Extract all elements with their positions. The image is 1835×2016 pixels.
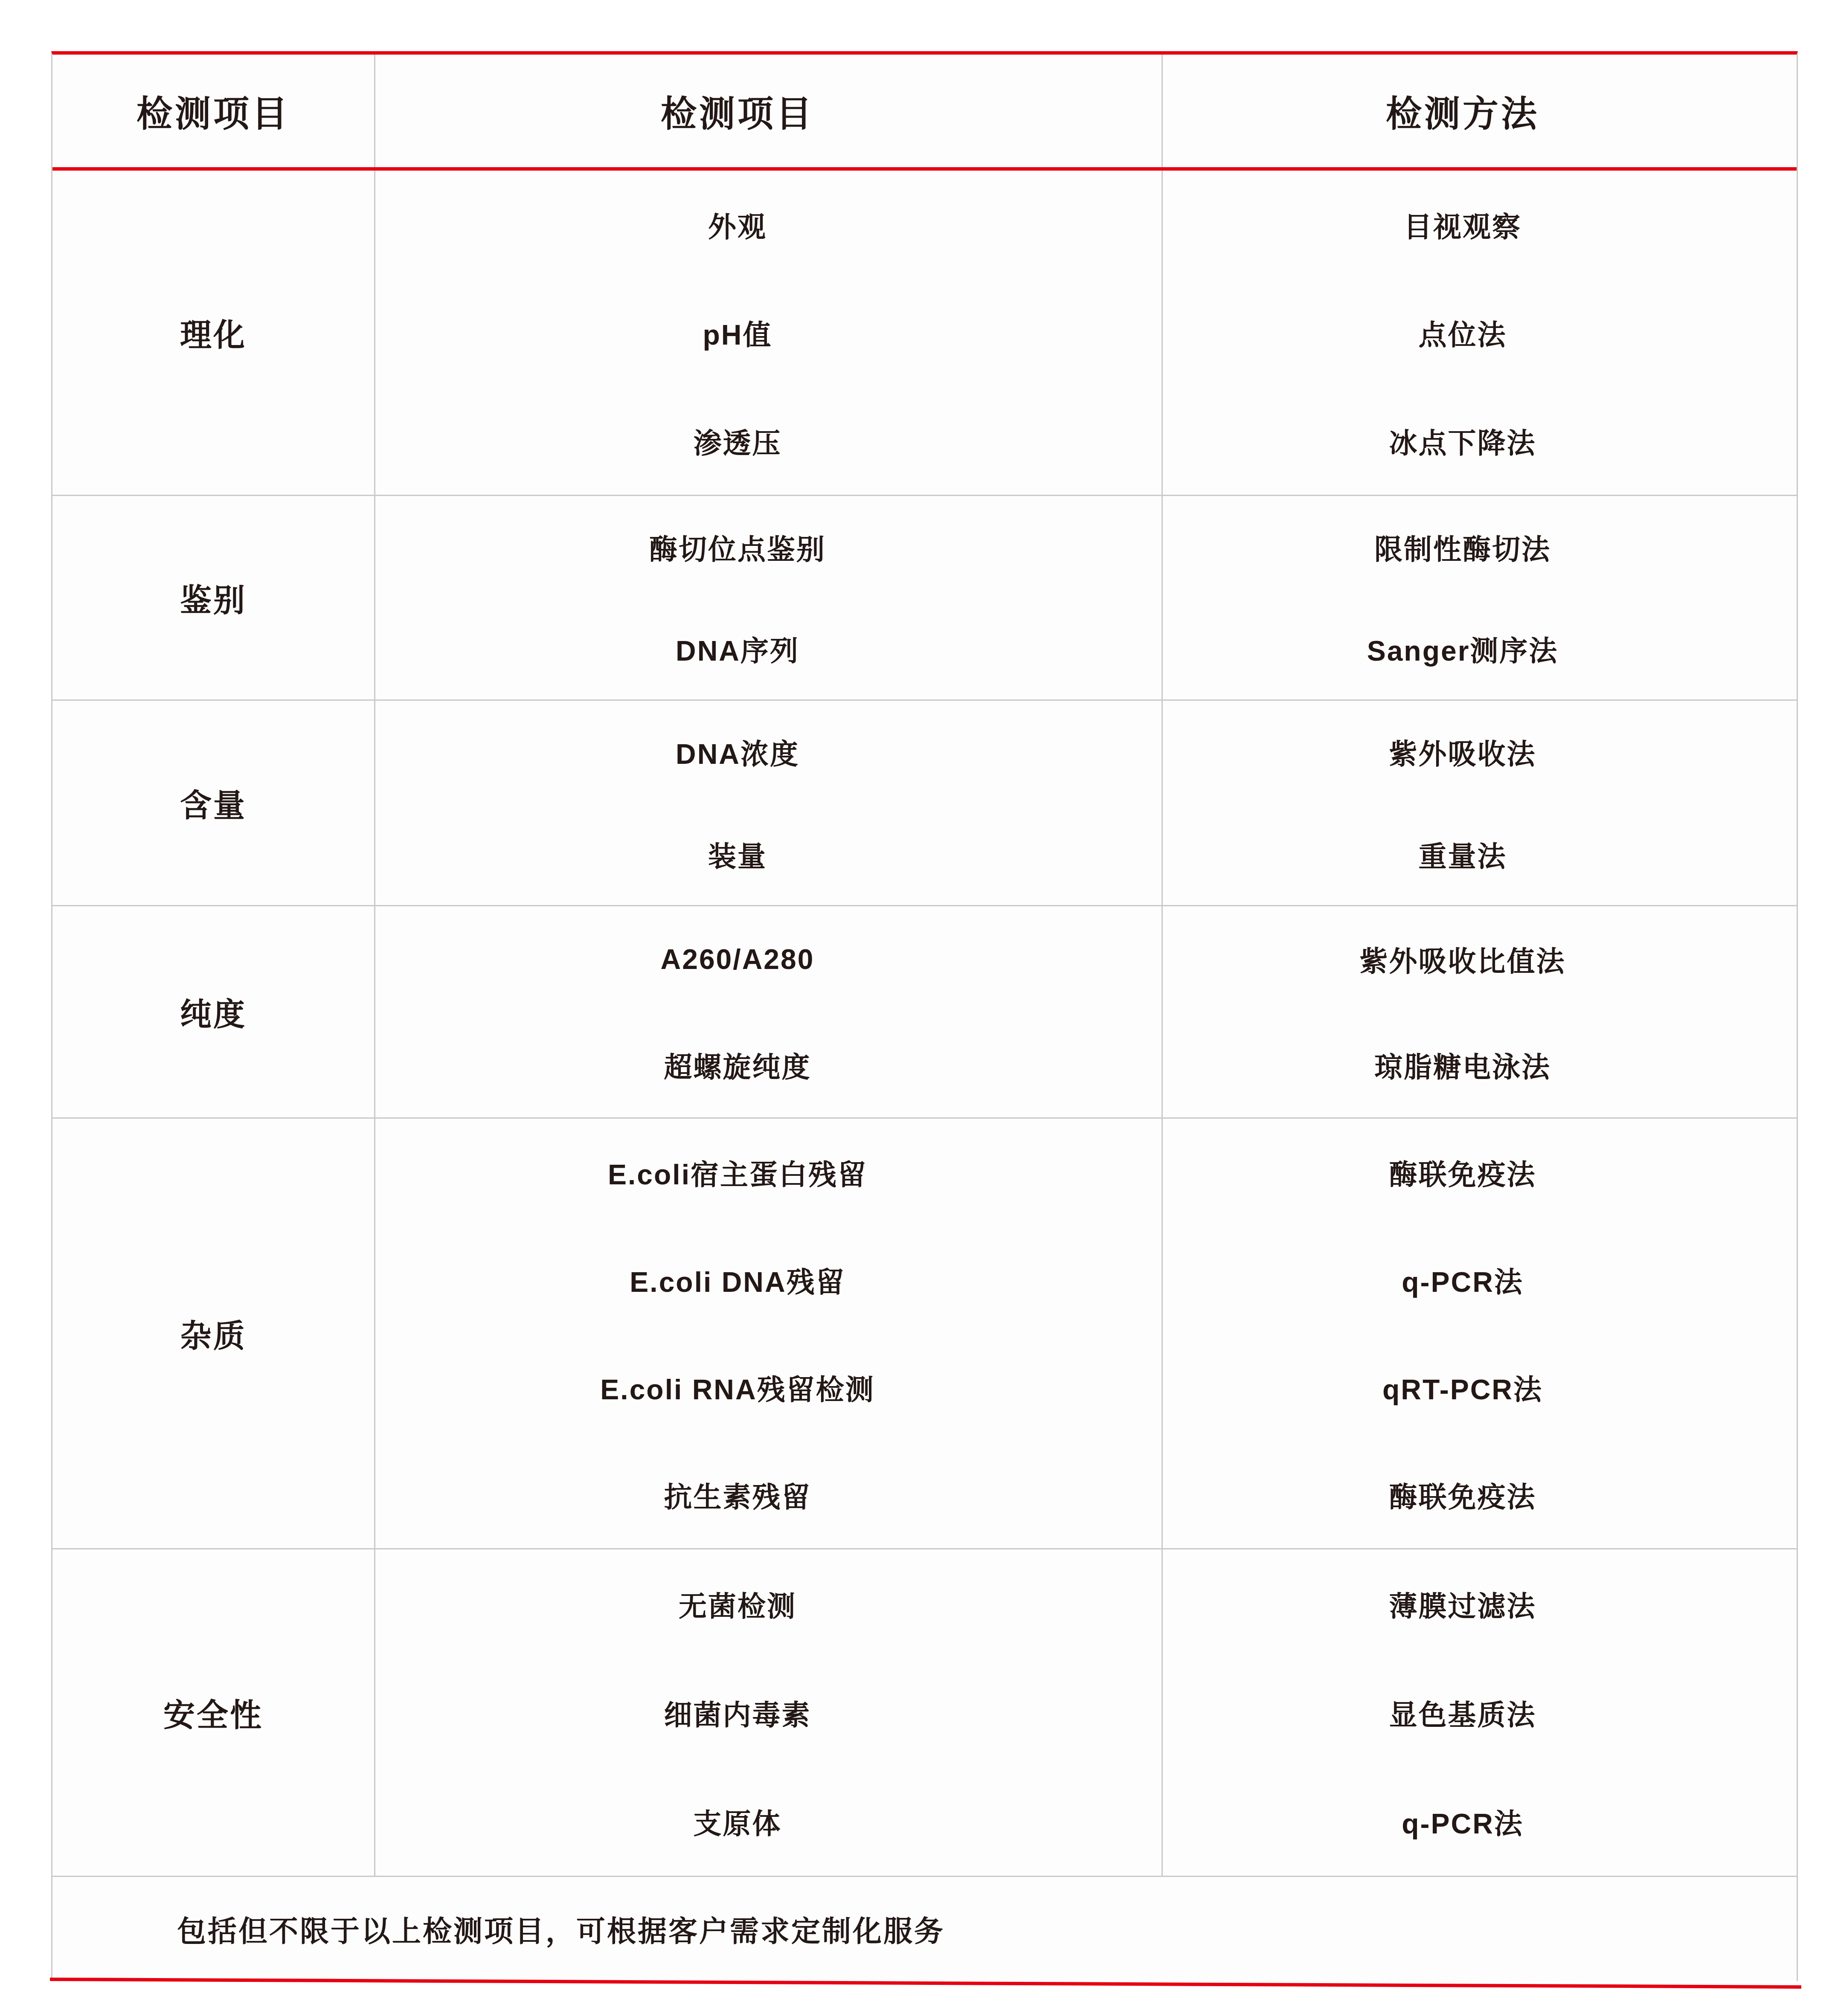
method-column: 目视观察点位法冰点下降法 xyxy=(1161,171,1797,495)
item-cell: E.coli DNA残留 xyxy=(375,1226,1100,1334)
header-cell-item: 检测项目 xyxy=(374,55,1161,167)
method-cell: 点位法 xyxy=(1163,278,1762,386)
item-cell: DNA浓度 xyxy=(375,701,1100,803)
method-cell: 薄膜过滤法 xyxy=(1163,1549,1762,1658)
method-cell: 限制性酶切法 xyxy=(1163,496,1762,598)
method-cell: q-PCR法 xyxy=(1163,1226,1762,1334)
method-cell: 显色基质法 xyxy=(1163,1658,1762,1767)
item-column: 酶切位点鉴别DNA序列 xyxy=(374,496,1161,699)
section-6: 安全性无菌检测细菌内毒素支原体薄膜过滤法显色基质法q-PCR法 xyxy=(52,1548,1797,1876)
category-cell: 理化 xyxy=(52,171,374,495)
item-cell: E.coli RNA残留检测 xyxy=(375,1334,1100,1441)
table-footer-row: 包括但不限于以上检测项目，可根据客户需求定制化服务 xyxy=(52,1876,1797,1981)
item-column: DNA浓度装量 xyxy=(374,701,1161,905)
method-column: 薄膜过滤法显色基质法q-PCR法 xyxy=(1161,1549,1797,1876)
item-cell: 支原体 xyxy=(375,1767,1100,1876)
method-cell: 酶联免疫法 xyxy=(1163,1441,1762,1548)
footer-note: 包括但不限于以上检测项目，可根据客户需求定制化服务 xyxy=(177,1909,945,1950)
test-table: 检测项目 检测项目 检测方法 理化外观pH值渗透压目视观察点位法冰点下降法鉴别酶… xyxy=(51,51,1798,1981)
category-cell: 纯度 xyxy=(52,906,374,1117)
category-cell: 鉴别 xyxy=(52,496,374,699)
item-cell: DNA序列 xyxy=(375,598,1100,700)
method-column: 酶联免疫法q-PCR法qRT-PCR法酶联免疫法 xyxy=(1161,1119,1797,1548)
quality-test-spec-page: 检测项目 检测项目 检测方法 理化外观pH值渗透压目视观察点位法冰点下降法鉴别酶… xyxy=(0,0,1835,2016)
item-cell: 抗生素残留 xyxy=(375,1441,1100,1548)
item-column: 无菌检测细菌内毒素支原体 xyxy=(374,1549,1161,1876)
item-cell: 装量 xyxy=(375,803,1100,905)
method-cell: 紫外吸收法 xyxy=(1163,701,1762,803)
table-body: 理化外观pH值渗透压目视观察点位法冰点下降法鉴别酶切位点鉴别DNA序列限制性酶切… xyxy=(52,171,1797,1876)
item-cell: 细菌内毒素 xyxy=(375,1658,1100,1767)
method-column: 紫外吸收比值法琼脂糖电泳法 xyxy=(1161,906,1797,1117)
method-cell: 目视观察 xyxy=(1163,171,1762,278)
method-cell: qRT-PCR法 xyxy=(1163,1334,1762,1441)
item-cell: 酶切位点鉴别 xyxy=(375,496,1100,598)
category-cell: 杂质 xyxy=(52,1119,374,1548)
item-cell: 外观 xyxy=(375,171,1100,278)
section-4: 纯度A260/A280超螺旋纯度紫外吸收比值法琼脂糖电泳法 xyxy=(52,905,1797,1117)
header-cell-category: 检测项目 xyxy=(52,55,374,167)
method-column: 限制性酶切法Sanger测序法 xyxy=(1161,496,1797,699)
section-3: 含量DNA浓度装量紫外吸收法重量法 xyxy=(52,699,1797,905)
item-cell: 超螺旋纯度 xyxy=(375,1012,1100,1118)
category-cell: 安全性 xyxy=(52,1549,374,1876)
item-cell: 无菌检测 xyxy=(375,1549,1100,1658)
method-cell: q-PCR法 xyxy=(1163,1767,1762,1876)
item-cell: A260/A280 xyxy=(375,906,1100,1012)
item-column: E.coli宿主蛋白残留E.coli DNA残留E.coli RNA残留检测抗生… xyxy=(374,1119,1161,1548)
method-cell: Sanger测序法 xyxy=(1163,598,1762,700)
method-cell: 紫外吸收比值法 xyxy=(1163,906,1762,1012)
method-cell: 冰点下降法 xyxy=(1163,387,1762,495)
method-cell: 酶联免疫法 xyxy=(1163,1119,1762,1226)
section-1: 理化外观pH值渗透压目视观察点位法冰点下降法 xyxy=(52,171,1797,495)
item-cell: 渗透压 xyxy=(375,387,1100,495)
table-header-row: 检测项目 检测项目 检测方法 xyxy=(52,55,1797,171)
item-cell: E.coli宿主蛋白残留 xyxy=(375,1119,1100,1226)
item-cell: pH值 xyxy=(375,278,1100,386)
method-cell: 琼脂糖电泳法 xyxy=(1163,1012,1762,1118)
method-column: 紫外吸收法重量法 xyxy=(1161,701,1797,905)
category-cell: 含量 xyxy=(52,701,374,905)
item-column: A260/A280超螺旋纯度 xyxy=(374,906,1161,1117)
section-5: 杂质E.coli宿主蛋白残留E.coli DNA残留E.coli RNA残留检测… xyxy=(52,1117,1797,1548)
method-cell: 重量法 xyxy=(1163,803,1762,905)
header-cell-method: 检测方法 xyxy=(1161,55,1797,167)
section-2: 鉴别酶切位点鉴别DNA序列限制性酶切法Sanger测序法 xyxy=(52,495,1797,699)
item-column: 外观pH值渗透压 xyxy=(374,171,1161,495)
